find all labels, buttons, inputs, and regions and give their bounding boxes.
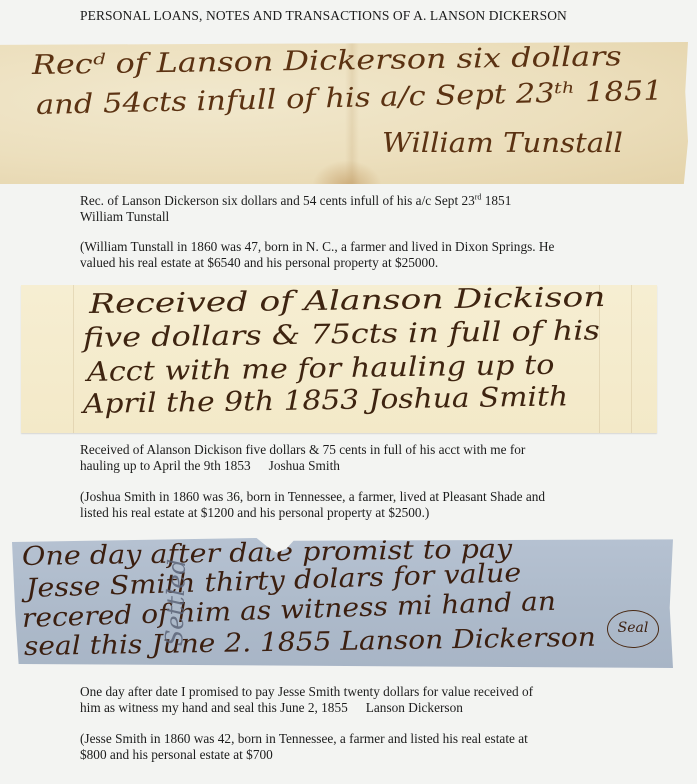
transcription-jesse-smith: One day after date I promised to pay Jes… bbox=[80, 684, 533, 716]
transcription-line: hauling up to April the 9th 1853Joshua S… bbox=[80, 458, 525, 474]
pencil-annotation: Settled bbox=[160, 559, 191, 647]
receipt-scan-tunstall: Recᵈ of Lanson Dickerson six dollars and… bbox=[0, 42, 688, 184]
paper-rule bbox=[73, 285, 74, 433]
seal-mark: Seal bbox=[607, 610, 659, 648]
transcription-signature: Joshua Smith bbox=[269, 458, 340, 473]
transcription-signature: William Tunstall bbox=[80, 209, 511, 225]
handwriting-line: Received of Alanson Dickison bbox=[89, 285, 606, 320]
transcription-line: him as witness my hand and seal this Jun… bbox=[80, 700, 533, 716]
transcription-line: One day after date I promised to pay Jes… bbox=[80, 684, 533, 700]
biographical-note-tunstall: (William Tunstall in 1860 was 47, born i… bbox=[80, 239, 554, 271]
transcription-signature: Lanson Dickerson bbox=[366, 700, 463, 715]
note-line: (William Tunstall in 1860 was 47, born i… bbox=[80, 239, 554, 255]
handwriting-signature: William Tunstall bbox=[382, 128, 623, 159]
biographical-note-joshua-smith: (Joshua Smith in 1860 was 36, born in Te… bbox=[80, 489, 545, 521]
paper-stain bbox=[312, 160, 382, 184]
note-line: valued his real estate at $6540 and his … bbox=[80, 255, 554, 271]
promissory-note-scan-jesse-smith: One day after date promist to pay Jesse … bbox=[12, 534, 673, 668]
note-line: listed his real estate at $1200 and his … bbox=[80, 505, 545, 521]
handwriting-line: April the 9th 1853 Joshua Smith bbox=[83, 381, 569, 420]
note-line: (Jesse Smith in 1860 was 42, born in Ten… bbox=[80, 731, 528, 747]
transcription-joshua-smith: Received of Alanson Dickison five dollar… bbox=[80, 442, 525, 474]
transcription-tunstall: Rec. of Lanson Dickerson six dollars and… bbox=[80, 193, 511, 225]
paper-rule bbox=[631, 285, 632, 433]
handwriting-line: five dollars & 75cts in full of his bbox=[83, 315, 600, 354]
handwriting-line: Recᵈ of Lanson Dickerson six dollars bbox=[32, 42, 622, 81]
transcription-line: Received of Alanson Dickison five dollar… bbox=[80, 442, 525, 458]
transcription-line: Rec. of Lanson Dickerson six dollars and… bbox=[80, 193, 511, 209]
biographical-note-jesse-smith: (Jesse Smith in 1860 was 42, born in Ten… bbox=[80, 731, 528, 763]
page-title: PERSONAL LOANS, NOTES AND TRANSACTIONS O… bbox=[80, 8, 567, 24]
note-line: $800 and his personal estate at $700 bbox=[80, 747, 528, 763]
note-line: (Joshua Smith in 1860 was 36, born in Te… bbox=[80, 489, 545, 505]
receipt-scan-joshua-smith: Received of Alanson Dickison five dollar… bbox=[21, 285, 657, 433]
